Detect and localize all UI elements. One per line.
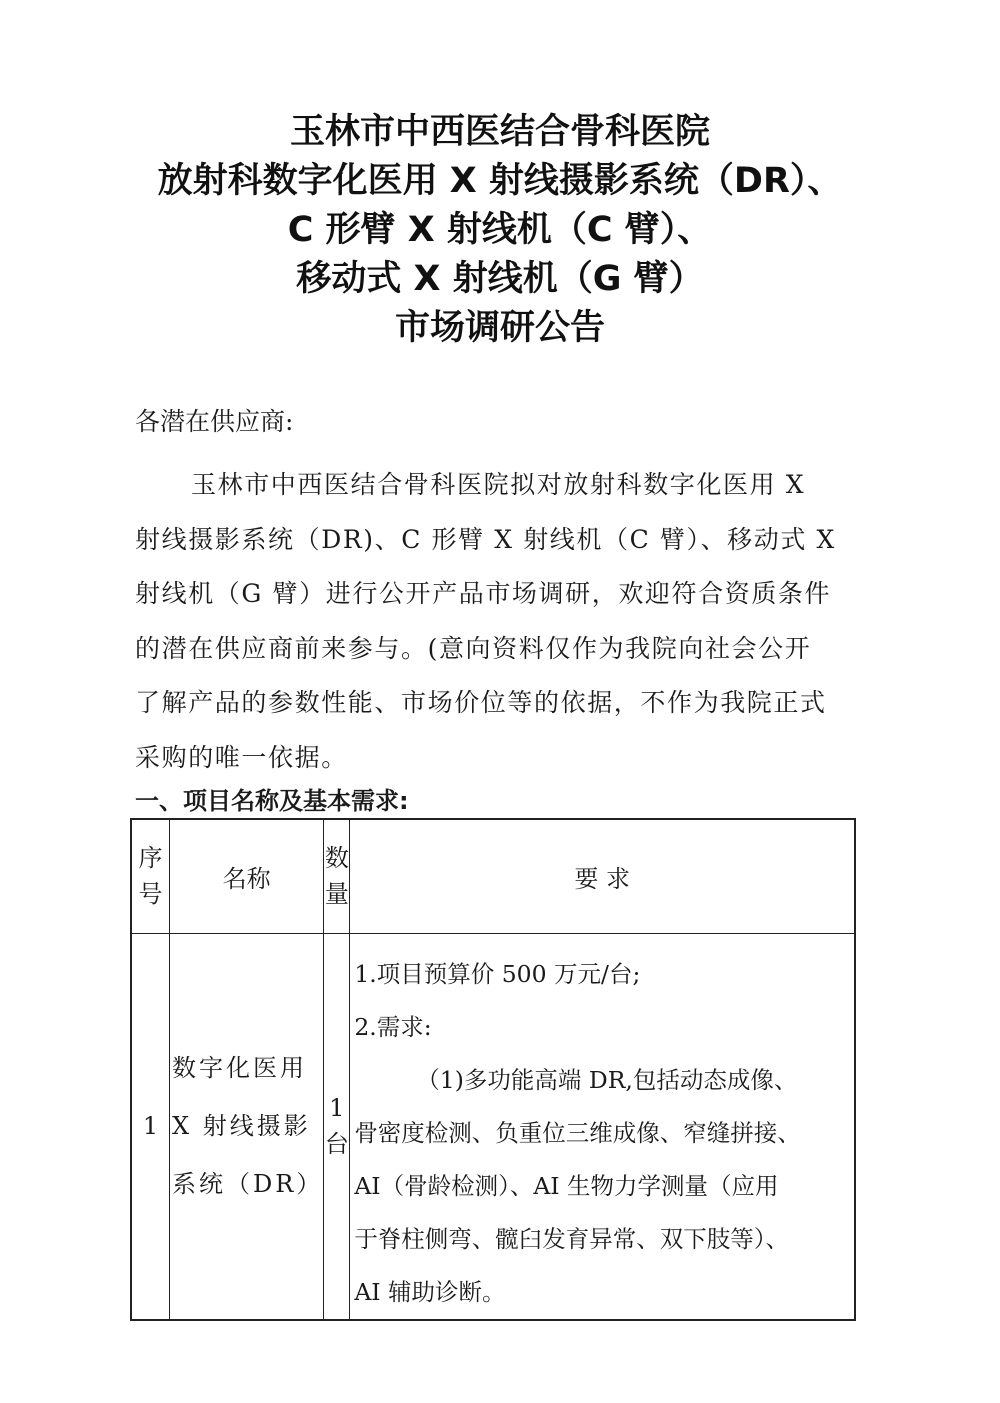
requirement-line: AI 辅助诊断。 xyxy=(354,1266,850,1319)
document-title: 玉林市中西医结合骨科医院 放射科数字化医用 X 射线摄影系统（DR）、 C 形臂… xyxy=(0,108,1000,353)
table-header-row: 序 号 名称 数 量 要 求 xyxy=(131,819,855,933)
section-heading-project: 一、项目名称及基本需求: xyxy=(135,784,409,818)
paragraph-line: 的潜在供应商前来参与。(意向资料仅作为我院向社会公开 xyxy=(135,622,857,677)
header-seq: 序 号 xyxy=(131,819,170,933)
header-qty: 数 量 xyxy=(324,819,350,933)
requirement-line: 于脊柱侧弯、髋臼发育异常、双下肢等）、 xyxy=(354,1213,850,1266)
intro-paragraph: 玉林市中西医结合骨科医院拟对放射科数字化医用 X 射线摄影系统（DR)、C 形臂… xyxy=(135,458,857,785)
cell-seq: 1 xyxy=(131,933,170,1320)
title-line-dr: 放射科数字化医用 X 射线摄影系统（DR）、 xyxy=(0,157,1000,206)
paragraph-line: 玉林市中西医结合骨科医院拟对放射科数字化医用 X xyxy=(135,458,857,513)
title-line-c-arm: C 形臂 X 射线机（C 臂）、 xyxy=(0,206,1000,255)
cell-requirement: 1.项目预算价 500 万元/台; 2.需求: （1)多功能高端 DR,包括动态… xyxy=(350,933,855,1320)
requirement-line: 2.需求: xyxy=(354,1001,850,1054)
paragraph-line: 采购的唯一依据。 xyxy=(135,731,857,786)
cell-qty: 1 台 xyxy=(324,933,350,1320)
header-name: 名称 xyxy=(170,819,324,933)
requirement-line: AI（骨龄检测）、AI 生物力学测量（应用 xyxy=(354,1160,850,1213)
requirement-line: （1)多功能高端 DR,包括动态成像、 xyxy=(354,1054,850,1107)
header-requirement: 要 求 xyxy=(350,819,855,933)
cell-name: 数字化医用 X 射线摄影 系统（DR） xyxy=(170,933,324,1320)
table-row: 1 数字化医用 X 射线摄影 系统（DR） 1 台 1.项目预算价 500 万元… xyxy=(131,933,855,1320)
requirement-line: 1.项目预算价 500 万元/台; xyxy=(354,948,850,1001)
title-line-g-arm: 移动式 X 射线机（G 臂） xyxy=(0,255,1000,304)
title-line-announcement: 市场调研公告 xyxy=(0,304,1000,353)
salutation: 各潜在供应商: xyxy=(135,405,293,439)
paragraph-line: 射线摄影系统（DR)、C 形臂 X 射线机（C 臂）、移动式 X xyxy=(135,513,857,568)
title-hospital-name: 玉林市中西医结合骨科医院 xyxy=(0,108,1000,157)
requirements-table: 序 号 名称 数 量 要 求 1 数字化医用 X 射线摄影 系统（DR） 1 台… xyxy=(130,818,856,1321)
paragraph-line: 射线机（G 臂）进行公开产品市场调研，欢迎符合资质条件 xyxy=(135,567,857,622)
paragraph-line: 了解产品的参数性能、市场价位等的依据，不作为我院正式 xyxy=(135,676,857,731)
requirement-line: 骨密度检测、负重位三维成像、窄缝拼接、 xyxy=(354,1107,850,1160)
